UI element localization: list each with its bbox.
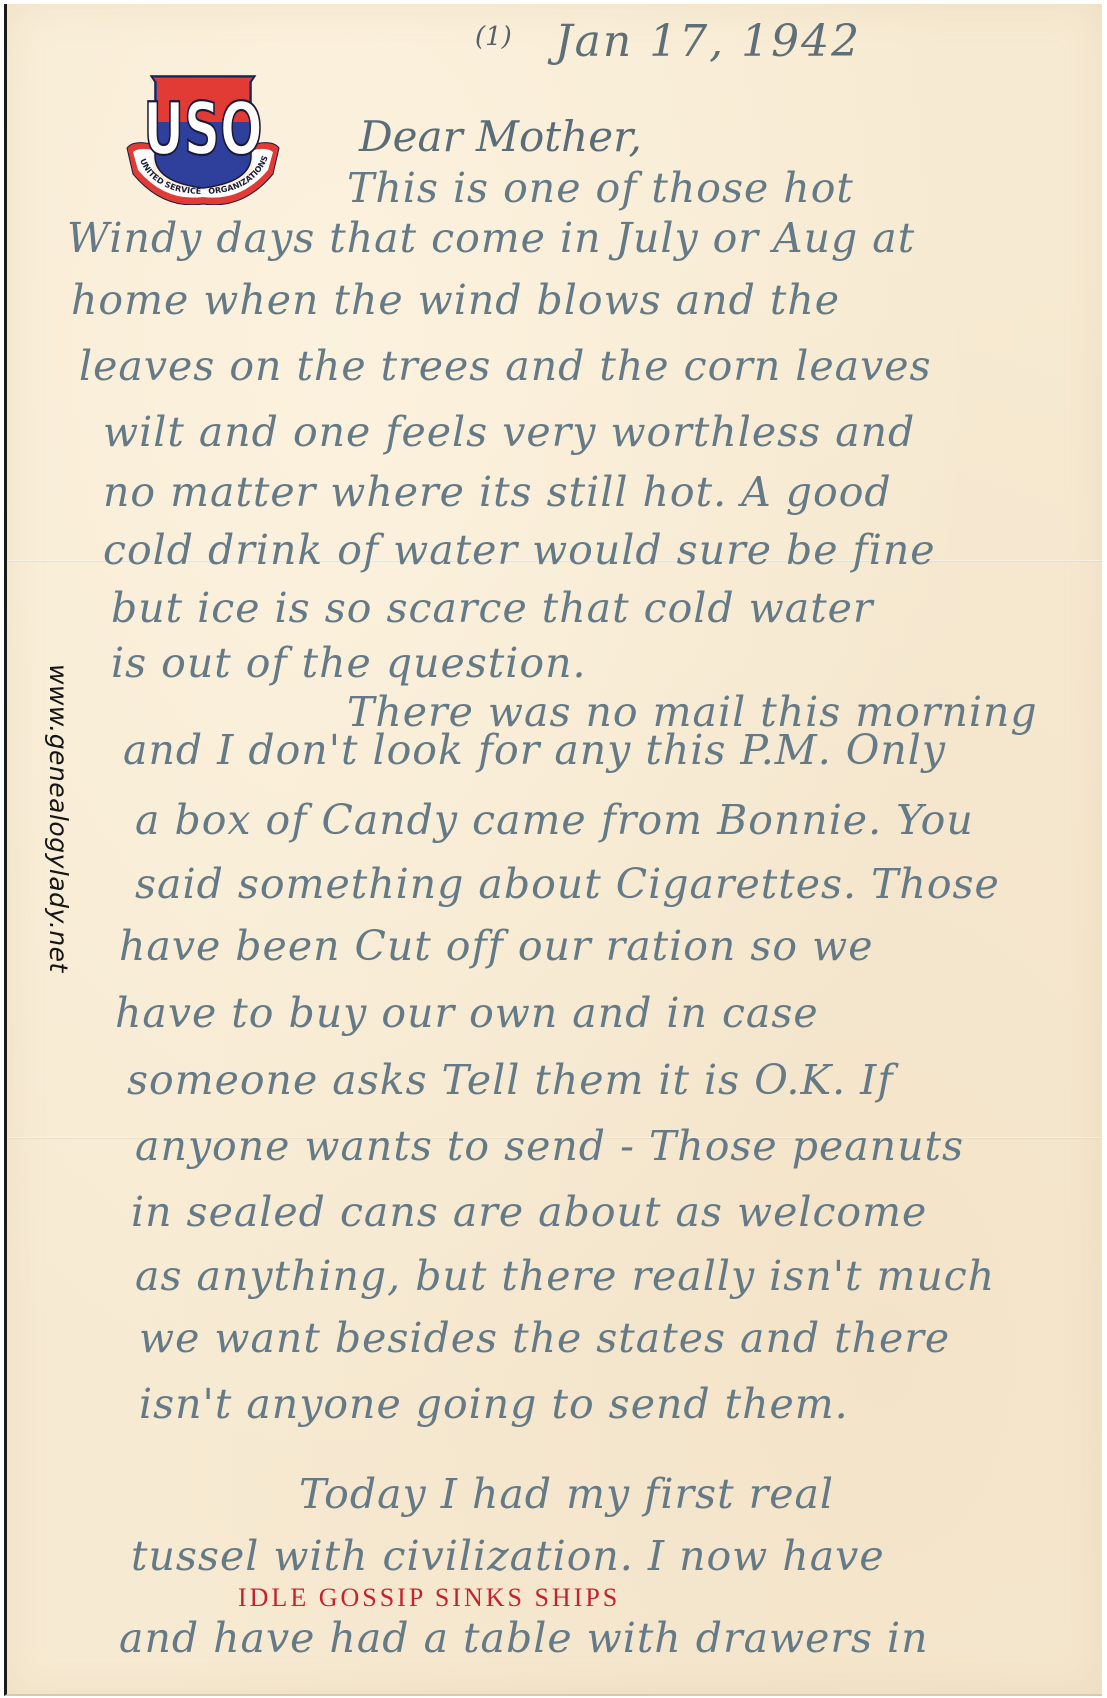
letter-line: and have had a table with drawers in [119,1614,929,1662]
letter-line: no matter where its still hot. A good [103,468,892,516]
watermark-url: www.genealogylady.net [44,664,73,984]
letter-line: This is one of those hot [347,164,854,212]
letter-line: wilt and one feels very worthless and [103,408,915,456]
letter-line: isn't anyone going to send them. [139,1380,849,1428]
letter-line: is out of the question. [111,639,587,687]
letter-line: we want besides the states and there [139,1314,950,1362]
letter-line: someone asks Tell them it is O.K. If [127,1056,894,1104]
letter-line: but ice is so scarce that cold water [111,584,874,632]
letter-line: Windy days that come in July or Aug at [67,214,915,262]
letter-line: a box of Candy came from Bonnie. You [135,796,974,844]
letter-line: anyone wants to send - Those peanuts [135,1122,964,1170]
letter-line: have to buy our own and in case [115,989,819,1037]
letter-body: This is one of those hot Windy days that… [7,4,1102,1694]
letter-line: and I don't look for any this P.M. Only [123,726,946,774]
letter-page: USO UNITED SERVICE ORGANIZATIONS (1) Jan… [4,4,1102,1696]
letter-line: tussel with civilization. I now have [131,1532,885,1580]
letter-line: Today I had my first real [299,1470,834,1518]
letter-line: leaves on the trees and the corn leaves [79,342,932,390]
letter-line: cold drink of water would sure be fine [103,526,936,574]
letter-line: have been Cut off our ration so we [119,922,873,970]
letter-line: in sealed cans are about as welcome [131,1188,927,1236]
footer-slogan: IDLE GOSSIP SINKS SHIPS [238,1583,620,1613]
letter-line: as anything, but there really isn't much [135,1252,995,1300]
letter-line: home when the wind blows and the [71,276,840,324]
letter-line: said something about Cigarettes. Those [135,860,1000,908]
